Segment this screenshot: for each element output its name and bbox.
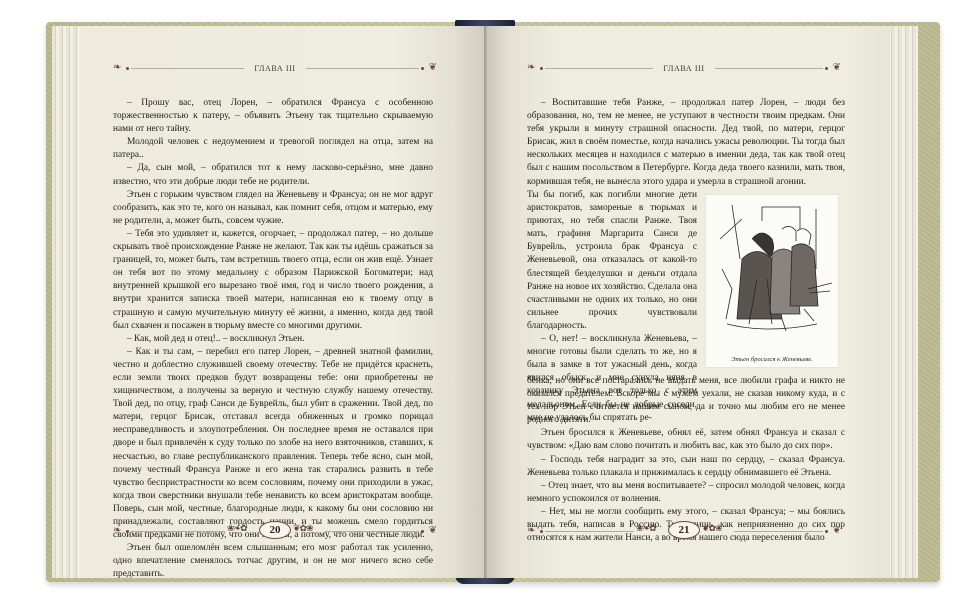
flourish-icon: ❧: [524, 526, 538, 536]
scroll-ornament-icon: ❦✿❀: [702, 523, 722, 534]
paragraph: – Господь тебя наградит за это, сын наш …: [527, 454, 845, 480]
rule-line: [306, 68, 419, 69]
rule-line: [325, 531, 419, 532]
rule-line: [131, 531, 225, 532]
paragraph: – Как и ты сам, – перебил его патер Лоре…: [113, 346, 433, 542]
dot-ornament: [540, 67, 543, 70]
paragraph: – Воспитавшие тебя Ранже, – продолжал па…: [527, 97, 845, 189]
flourish-icon: ❧: [110, 63, 124, 73]
paragraph: Этьен бросился к Женевьеве, обнял её, за…: [527, 427, 845, 453]
paragraph: Этьен с горьким чувством глядел на Женев…: [113, 189, 433, 228]
page-number-ornament: ❀❧✿ 20 ❦✿❀: [225, 519, 325, 543]
chapter-title: ГЛАВА III: [653, 64, 714, 73]
rule-line: [131, 68, 244, 69]
page-number-ornament: ❀❧✿ 21 ❦✿❀: [634, 519, 734, 543]
flourish-icon: ❧: [110, 526, 124, 536]
dot-ornament: [421, 67, 424, 70]
dot-ornament: [421, 530, 424, 533]
rule-line: [715, 68, 823, 69]
dot-ornament: [126, 67, 129, 70]
rule-line: [545, 531, 634, 532]
scroll-ornament-icon: ❀❧✿: [227, 523, 247, 534]
flourish-icon: ❦: [426, 63, 440, 73]
right-page: ❧ ГЛАВА III ❦ – Воспитавшие тебя Ранже, …: [486, 26, 890, 578]
left-page-stack: [52, 26, 82, 578]
dot-ornament: [825, 530, 828, 533]
book-gutter: [484, 26, 487, 578]
paragraph: – Прошу вас, отец Лорен, – обратился Фра…: [113, 97, 433, 136]
rule-line: [545, 68, 653, 69]
paragraph: – Отец знает, что вы меня воспитываете? …: [527, 480, 845, 506]
illustration-caption: Этьен бросился к Женевьеве.: [706, 356, 838, 363]
dot-ornament: [126, 530, 129, 533]
dot-ornament: [540, 530, 543, 533]
right-page-body-top: – Воспитавшие тебя Ранже, – продолжал па…: [527, 97, 845, 189]
paragraph: – Как, мой дед и отец!.. – воскликнул Эт…: [113, 333, 433, 346]
dot-ornament: [825, 67, 828, 70]
scroll-ornament-icon: ❦✿❀: [293, 523, 313, 534]
flourish-icon: ❦: [830, 63, 844, 73]
rule-line: [734, 531, 823, 532]
flourish-icon: ❦: [830, 526, 844, 536]
page-number: 20: [259, 521, 291, 539]
page-footer: ❧ ❀❧✿ 20 ❦✿❀ ❦: [110, 519, 440, 543]
paragraph: бёнка, но они все постарались не выдать …: [527, 375, 845, 427]
flourish-icon: ❧: [524, 63, 538, 73]
paragraph: Этьен был ошеломлён всем слышанным; его …: [113, 542, 433, 581]
paragraph: – Тебя это удивляет и, кажется, огорчает…: [113, 228, 433, 333]
paragraph: Ты бы погиб, как погибли многие дети ари…: [527, 189, 697, 333]
flourish-icon: ❦: [426, 526, 440, 536]
chapter-title: ГЛАВА III: [244, 64, 305, 73]
running-head: ❧ ГЛАВА III ❦: [524, 61, 844, 75]
page-number: 21: [668, 521, 700, 539]
right-page-stack: [888, 26, 918, 578]
scroll-ornament-icon: ❀❧✿: [636, 523, 656, 534]
page-footer: ❧ ❀❧✿ 21 ❦✿❀ ❦: [524, 519, 844, 543]
left-page-body: – Прошу вас, отец Лорен, – обратился Фра…: [113, 97, 433, 581]
paragraph: Молодой человек с недоумением и тревогой…: [113, 136, 433, 162]
left-page: ❧ ГЛАВА III ❦ – Прошу вас, отец Лорен, –…: [80, 26, 486, 578]
engraving-image: [712, 199, 834, 349]
paragraph: – Да, сын мой, – обратился тот к нему ла…: [113, 162, 433, 188]
illustration: Этьен бросился к Женевьеве.: [705, 194, 839, 368]
running-head: ❧ ГЛАВА III ❦: [110, 61, 440, 75]
